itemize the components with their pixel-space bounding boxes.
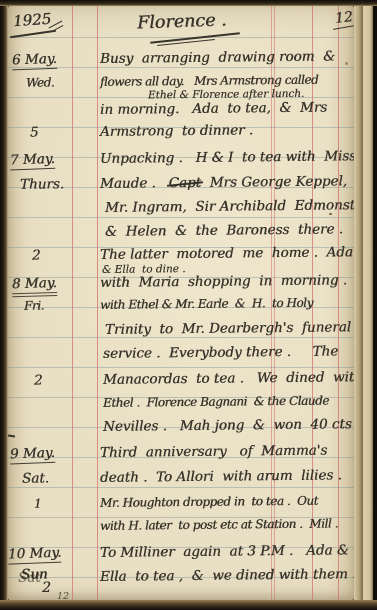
margin-date: 10 May. — [8, 545, 62, 565]
diary-line: Sat.death . To Allori with arum lilies . — [0, 467, 377, 493]
text-segment: death . To Allori with arum lilies . — [100, 467, 342, 486]
text-segment: with Ethel & Mr. Earle & H. to Holy — [100, 296, 313, 312]
line-text: Ella to tea , & we dined with them . — [100, 566, 357, 585]
text-segment: Ella to tea , & we dined with them . — [100, 566, 357, 585]
line-text: Mr. Ingram, Sir Archibald Edmonstone — [105, 197, 377, 216]
text-segment: Busy arranging drawing room & — [100, 48, 335, 66]
diary-line: with H. later to post etc at Station . M… — [0, 516, 377, 542]
line-text: Armstrong to dinner . — [100, 122, 253, 140]
diary-line: 6 May.Busy arranging drawing room & — [0, 48, 377, 74]
page-top-edge — [0, 0, 377, 6]
margin-date: 8 May. — [12, 275, 57, 297]
margin-label: Fri. — [24, 299, 44, 313]
diary-line: Nevilles . Mah jong & won 40 cts ! — [0, 416, 377, 442]
margin-label: 5 — [30, 125, 39, 141]
diary-line: 8 May.with Maria shopping in morning . — [0, 272, 377, 298]
margin-label: 9 May. — [10, 445, 55, 463]
margin-label: 6 May. — [12, 51, 57, 69]
text-segment: Mr. Ingram, Sir Archibald Edmonstone — [105, 197, 377, 216]
margin-label: Thurs. — [20, 176, 64, 192]
text-segment: Nevilles . Mah jong & won 40 cts ! — [103, 416, 362, 435]
diary-line: & Helen & the Baroness there . — [0, 221, 377, 247]
margin-date: 7 May. — [10, 151, 56, 171]
line-text: in morning. Ada to tea, & Mrs — [100, 100, 327, 118]
diary-scan: 1925 Florence . 12 6 May.Busy arranging … — [0, 0, 377, 610]
margin-label: SatSun — [18, 570, 41, 586]
page-title: Florence . — [137, 10, 227, 33]
margin-label: Sat. — [22, 470, 49, 486]
line-text: Nevilles . Mah jong & won 40 cts ! — [103, 416, 362, 435]
book-binding-edge — [0, 0, 8, 610]
text-segment: in morning. Ada to tea, & Mrs — [100, 100, 327, 118]
line-text: Unpacking . H & I to tea with Miss — [100, 148, 356, 167]
line-text: with H. later to post etc at Station . M… — [100, 516, 338, 532]
margin-label: 7 May. — [10, 151, 55, 169]
line-text: death . To Allori with arum lilies . — [100, 467, 342, 486]
text-segment: Mrs George Keppel, — [201, 173, 347, 191]
text-segment: Third anniversary of Mamma's — [100, 443, 327, 461]
text-segment: with Maria shopping in morning . — [100, 272, 347, 291]
line-text: flowers all day. Mrs Armstrong called — [100, 73, 318, 89]
text-segment: The latter motored me home . Ada — [100, 244, 353, 263]
text-segment: Trinity to Mr. Dearbergh's funeral — [105, 319, 351, 338]
line-text: Third anniversary of Mamma's — [100, 443, 327, 461]
diary-line: 10 May.To Milliner again at 3 P.M . Ada … — [0, 542, 377, 568]
diary-line: 7 May.Unpacking . H & I to tea with Miss — [0, 148, 377, 174]
diary-line: Mr. Ingram, Sir Archibald Edmonstone — [0, 197, 377, 223]
year-label: 1925 — [12, 10, 51, 31]
diary-line: Trinity to Mr. Dearbergh's funeral — [0, 319, 377, 345]
line-text: with Maria shopping in morning . — [100, 272, 347, 291]
page-bottom-edge — [0, 600, 377, 610]
text-segment: & Helen & the Baroness there . — [105, 221, 343, 239]
line-text: & Helen & the Baroness there . — [105, 221, 343, 239]
paper-speck — [345, 62, 348, 65]
line-text: Busy arranging drawing room & — [100, 48, 335, 66]
margin-label: 2 — [32, 248, 41, 264]
diary-line: SatSunElla to tea , & we dined with them… — [0, 566, 377, 592]
footer-count: 2 — [42, 580, 51, 596]
margin-label: 10 May. — [8, 545, 62, 564]
line-text: Trinity to Mr. Dearbergh's funeral — [105, 319, 351, 338]
margin-label: 2 — [34, 373, 43, 389]
margin-label: 1 — [34, 497, 41, 511]
margin-date: 9 May. — [10, 445, 56, 465]
margin-label: 8 May. — [12, 275, 57, 296]
diary-line: service . Everybody there . The — [0, 343, 377, 369]
text-segment: flowers all day. Mrs Armstrong called — [100, 73, 318, 89]
text-segment: To Milliner again at 3 P.M . Ada & — [100, 542, 349, 561]
line-text: Ethel . Florence Bagnani & the Claude — [103, 394, 329, 410]
line-text: Maude . Capt Mrs George Keppel, — [100, 173, 347, 192]
text-segment: service . Everybody there . The — [103, 343, 338, 361]
diary-line: 2Manacordas to tea . We dined with — [0, 369, 377, 395]
text-segment: Unpacking . H & I to tea with Miss — [100, 148, 356, 167]
margin-label: Wed. — [26, 75, 54, 89]
line-text: Manacordas to tea . We dined with — [103, 369, 363, 388]
page-number: 12 — [334, 9, 353, 27]
diary-line: 5Armstrong to dinner . — [0, 121, 377, 147]
text-segment: Maude . — [100, 175, 169, 192]
line-text: Mr. Houghton dropped in to tea . Out — [100, 494, 318, 510]
line-text: service . Everybody there . The — [103, 343, 338, 361]
diary-line: 1Mr. Houghton dropped in to tea . Out — [0, 493, 377, 519]
margin-date: 6 May. — [12, 51, 58, 71]
line-text: with Ethel & Mr. Earle & H. to Holy — [100, 296, 313, 312]
text-segment: Mr. Houghton dropped in to tea . Out — [100, 494, 318, 510]
diary-line: Ethel . Florence Bagnani & the Claude — [0, 393, 377, 419]
diary-line: Thurs.Maude . Capt Mrs George Keppel, — [0, 173, 377, 199]
next-page-edge — [363, 0, 373, 610]
page-fold-shadow — [354, 6, 363, 602]
diary-line: 9 May.Third anniversary of Mamma's — [0, 442, 377, 468]
text-segment: Manacordas to tea . We dined with — [103, 369, 363, 388]
diary-line: Fri.with Ethel & Mr. Earle & H. to Holy — [0, 295, 377, 321]
text-segment: Ethel . Florence Bagnani & the Claude — [103, 394, 329, 410]
line-text: To Milliner again at 3 P.M . Ada & — [100, 542, 349, 561]
text-segment: with H. later to post etc at Station . M… — [100, 516, 338, 532]
struck-text: Capt — [169, 175, 202, 191]
background-edge — [373, 0, 377, 610]
text-segment: Armstrong to dinner . — [100, 122, 253, 140]
line-text: The latter motored me home . Ada — [100, 244, 353, 263]
